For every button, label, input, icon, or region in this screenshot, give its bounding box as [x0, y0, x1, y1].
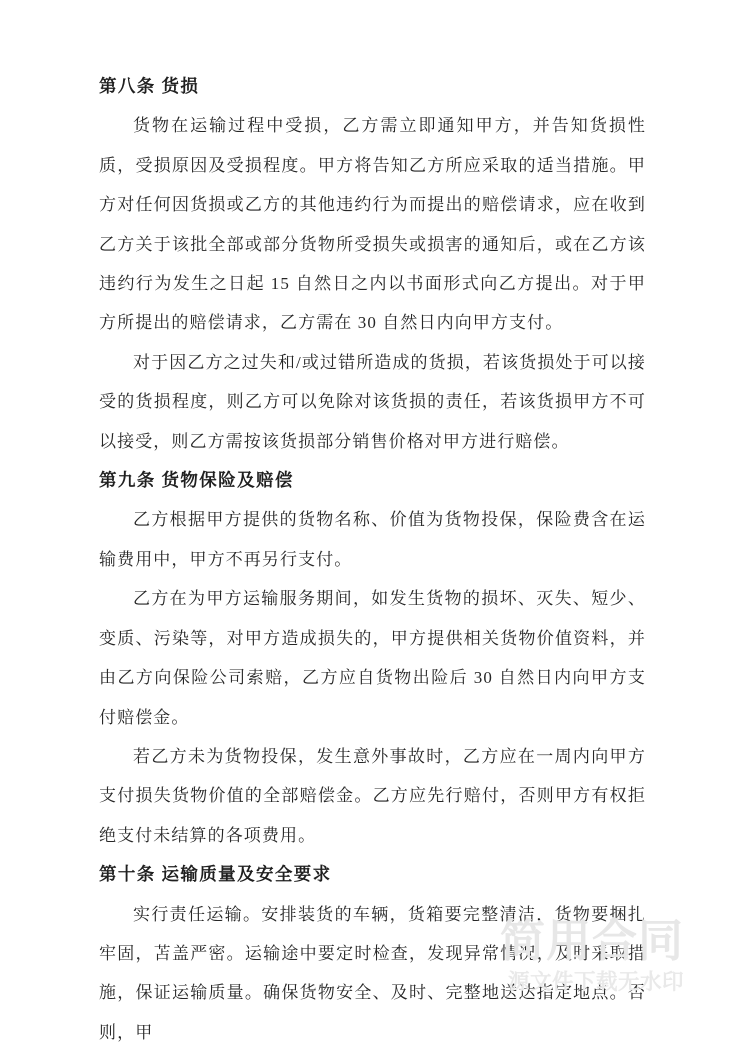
contract-page: 第八条 货损 货物在运输过程中受损，乙方需立即通知甲方，并告知货损性质，受损原因… [0, 0, 742, 1049]
article-9-heading: 第九条 货物保险及赔偿 [99, 461, 646, 500]
article-8-heading: 第八条 货损 [99, 67, 646, 106]
article-9-paragraph-2: 乙方在为甲方运输服务期间，如发生货物的损坏、灭失、短少、变质、污染等，对甲方造成… [99, 579, 646, 737]
article-10-heading: 第十条 运输质量及安全要求 [99, 855, 646, 894]
article-8-paragraph-2: 对于因乙方之过失和/或过错所造成的货损，若该货损处于可以接受的货损程度，则乙方可… [99, 343, 646, 461]
article-9-paragraph-3: 若乙方未为货物投保，发生意外事故时，乙方应在一周内向甲方支付损失货物价值的全部赔… [99, 737, 646, 855]
article-9-paragraph-1: 乙方根据甲方提供的货物名称、价值为货物投保，保险费含在运输费用中，甲方不再另行支… [99, 500, 646, 579]
article-10-paragraph-1: 实行责任运输。安排装货的车辆，货箱要完整清洁，货物要捆扎牢固，苫盖严密。运输途中… [99, 895, 646, 1049]
article-8-paragraph-1: 货物在运输过程中受损，乙方需立即通知甲方，并告知货损性质，受损原因及受损程度。甲… [99, 106, 646, 342]
contract-body: 第八条 货损 货物在运输过程中受损，乙方需立即通知甲方，并告知货损性质，受损原因… [99, 67, 646, 1049]
